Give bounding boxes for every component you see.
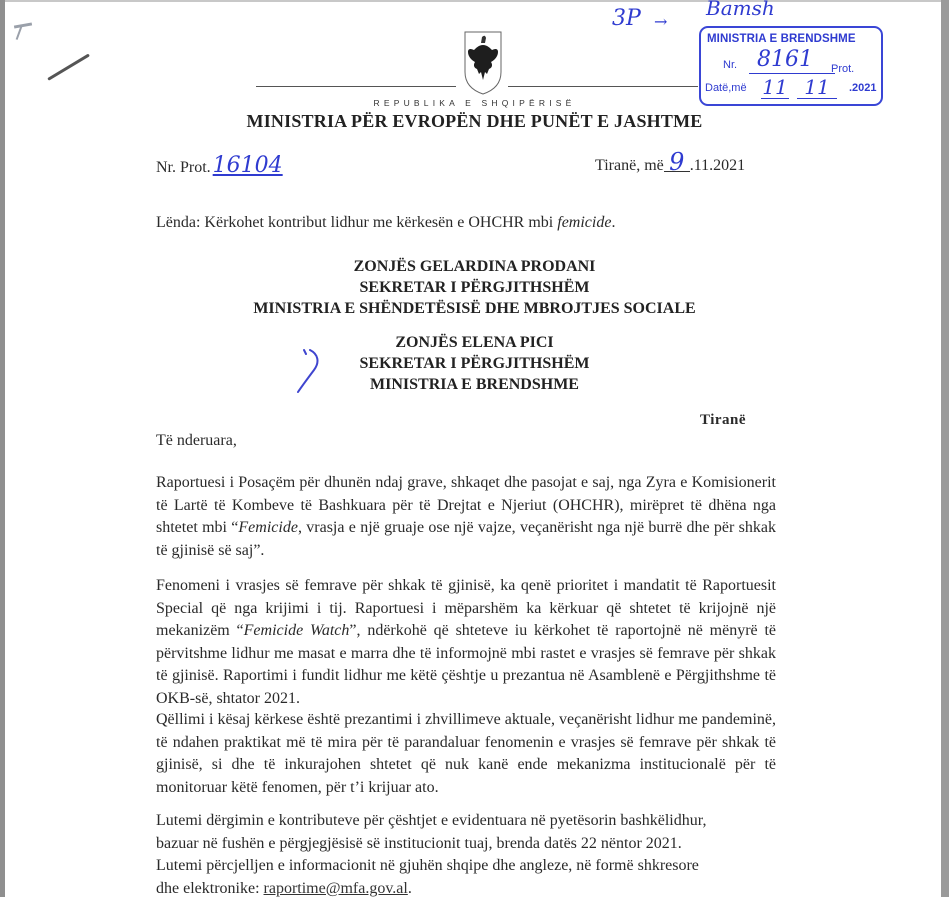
paragraph-text: .: [408, 880, 412, 897]
pen-scribble-mark: [14, 22, 32, 28]
subject-text: Lënda: Kërkohet kontribut lidhur me kërk…: [156, 214, 557, 231]
protocol-number: 16104: [213, 153, 283, 178]
paragraph-text: dhe elektronike:: [156, 880, 264, 897]
stamp-month: 11: [797, 76, 837, 99]
stamp-date-label: Datë,më: [705, 82, 747, 94]
handwritten-check-mark: [296, 346, 326, 396]
subject-italic: femicide: [557, 214, 611, 231]
body-paragraph-2: Fenomeni i vrasjes së femrave për shkak …: [156, 575, 776, 710]
handwritten-code: 3P: [612, 6, 641, 31]
city-label: Tiranë: [700, 412, 746, 429]
addressee-name: ZONJËS ELENA PICI: [0, 332, 949, 353]
greeting: Të nderuara,: [156, 432, 237, 450]
addressee-block: ZONJËS GELARDINA PRODANI SEKRETAR I PËRG…: [0, 256, 949, 319]
protocol-number-line: Nr. Prot.16104: [156, 153, 283, 178]
stamp-nr-value: 8161: [749, 47, 835, 74]
albanian-eagle-emblem-icon: [462, 28, 504, 96]
paragraph-line: bazuar në fushën e përgjegjësisë së inst…: [156, 833, 796, 856]
addressee-title: SEKRETAR I PËRGJITHSHËM: [0, 277, 949, 298]
scan-left-edge: [0, 0, 5, 897]
stamp-nr-label: Nr.: [723, 59, 737, 71]
ministry-name: MINISTRIA PËR EVROPËN DHE PUNËT E JASHTM…: [0, 111, 949, 132]
stamp-year: .2021: [849, 82, 877, 94]
addressee-institution: MINISTRIA E SHËNDETËSISË DHE MBROJTJES S…: [0, 298, 949, 319]
addressee-institution: MINISTRIA E BRENDSHME: [0, 374, 949, 395]
body-paragraph-3: Qëllimi i kësaj kërkese është prezantimi…: [156, 709, 776, 799]
date-day: 9: [664, 153, 690, 172]
addressee-block: ZONJËS ELENA PICI SEKRETAR I PËRGJITHSHË…: [0, 332, 949, 395]
subject-end: .: [611, 214, 615, 231]
scan-right-edge: [941, 0, 949, 897]
handwritten-name: Bamsh: [706, 0, 775, 20]
registry-stamp: MINISTRIA E BRENDSHME Nr. 8161 Prot. Dat…: [699, 26, 883, 106]
paragraph-italic: Femicide: [238, 519, 298, 536]
paragraph-line: Lutemi përcjelljen e informacionit në gj…: [156, 855, 796, 878]
paragraph-line: dhe elektronike: raportime@mfa.gov.al.: [156, 878, 796, 897]
place-date-line: Tiranë, më9.11.2021: [595, 153, 745, 175]
letterhead-rule-right: [508, 86, 698, 87]
body-paragraph-1: Raportuesi i Posaçëm për dhunën ndaj gra…: [156, 472, 776, 562]
body-paragraph-4: Lutemi dërgimin e kontributeve për çësht…: [156, 810, 796, 897]
pen-stroke-mark: [47, 53, 90, 80]
scan-top-edge: [0, 0, 949, 2]
protocol-label: Nr. Prot.: [156, 159, 211, 176]
stamp-day: 11: [761, 76, 789, 99]
paragraph-line: Lutemi dërgimin e kontributeve për çësht…: [156, 810, 796, 833]
handwritten-arrow: →: [654, 12, 667, 31]
stamp-title: MINISTRIA E BRENDSHME: [707, 33, 856, 45]
subject-line: Lënda: Kërkohet kontribut lidhur me kërk…: [156, 214, 615, 232]
addressee-title: SEKRETAR I PËRGJITHSHËM: [0, 353, 949, 374]
letterhead-rule-left: [256, 86, 456, 87]
date-rest: .11.2021: [690, 157, 745, 174]
email-link[interactable]: raportime@mfa.gov.al: [264, 880, 408, 897]
place-label: Tiranë, më: [595, 157, 664, 174]
paragraph-italic: Femicide Watch: [244, 622, 350, 639]
stamp-prot-label: Prot.: [831, 63, 854, 75]
addressee-name: ZONJËS GELARDINA PRODANI: [0, 256, 949, 277]
